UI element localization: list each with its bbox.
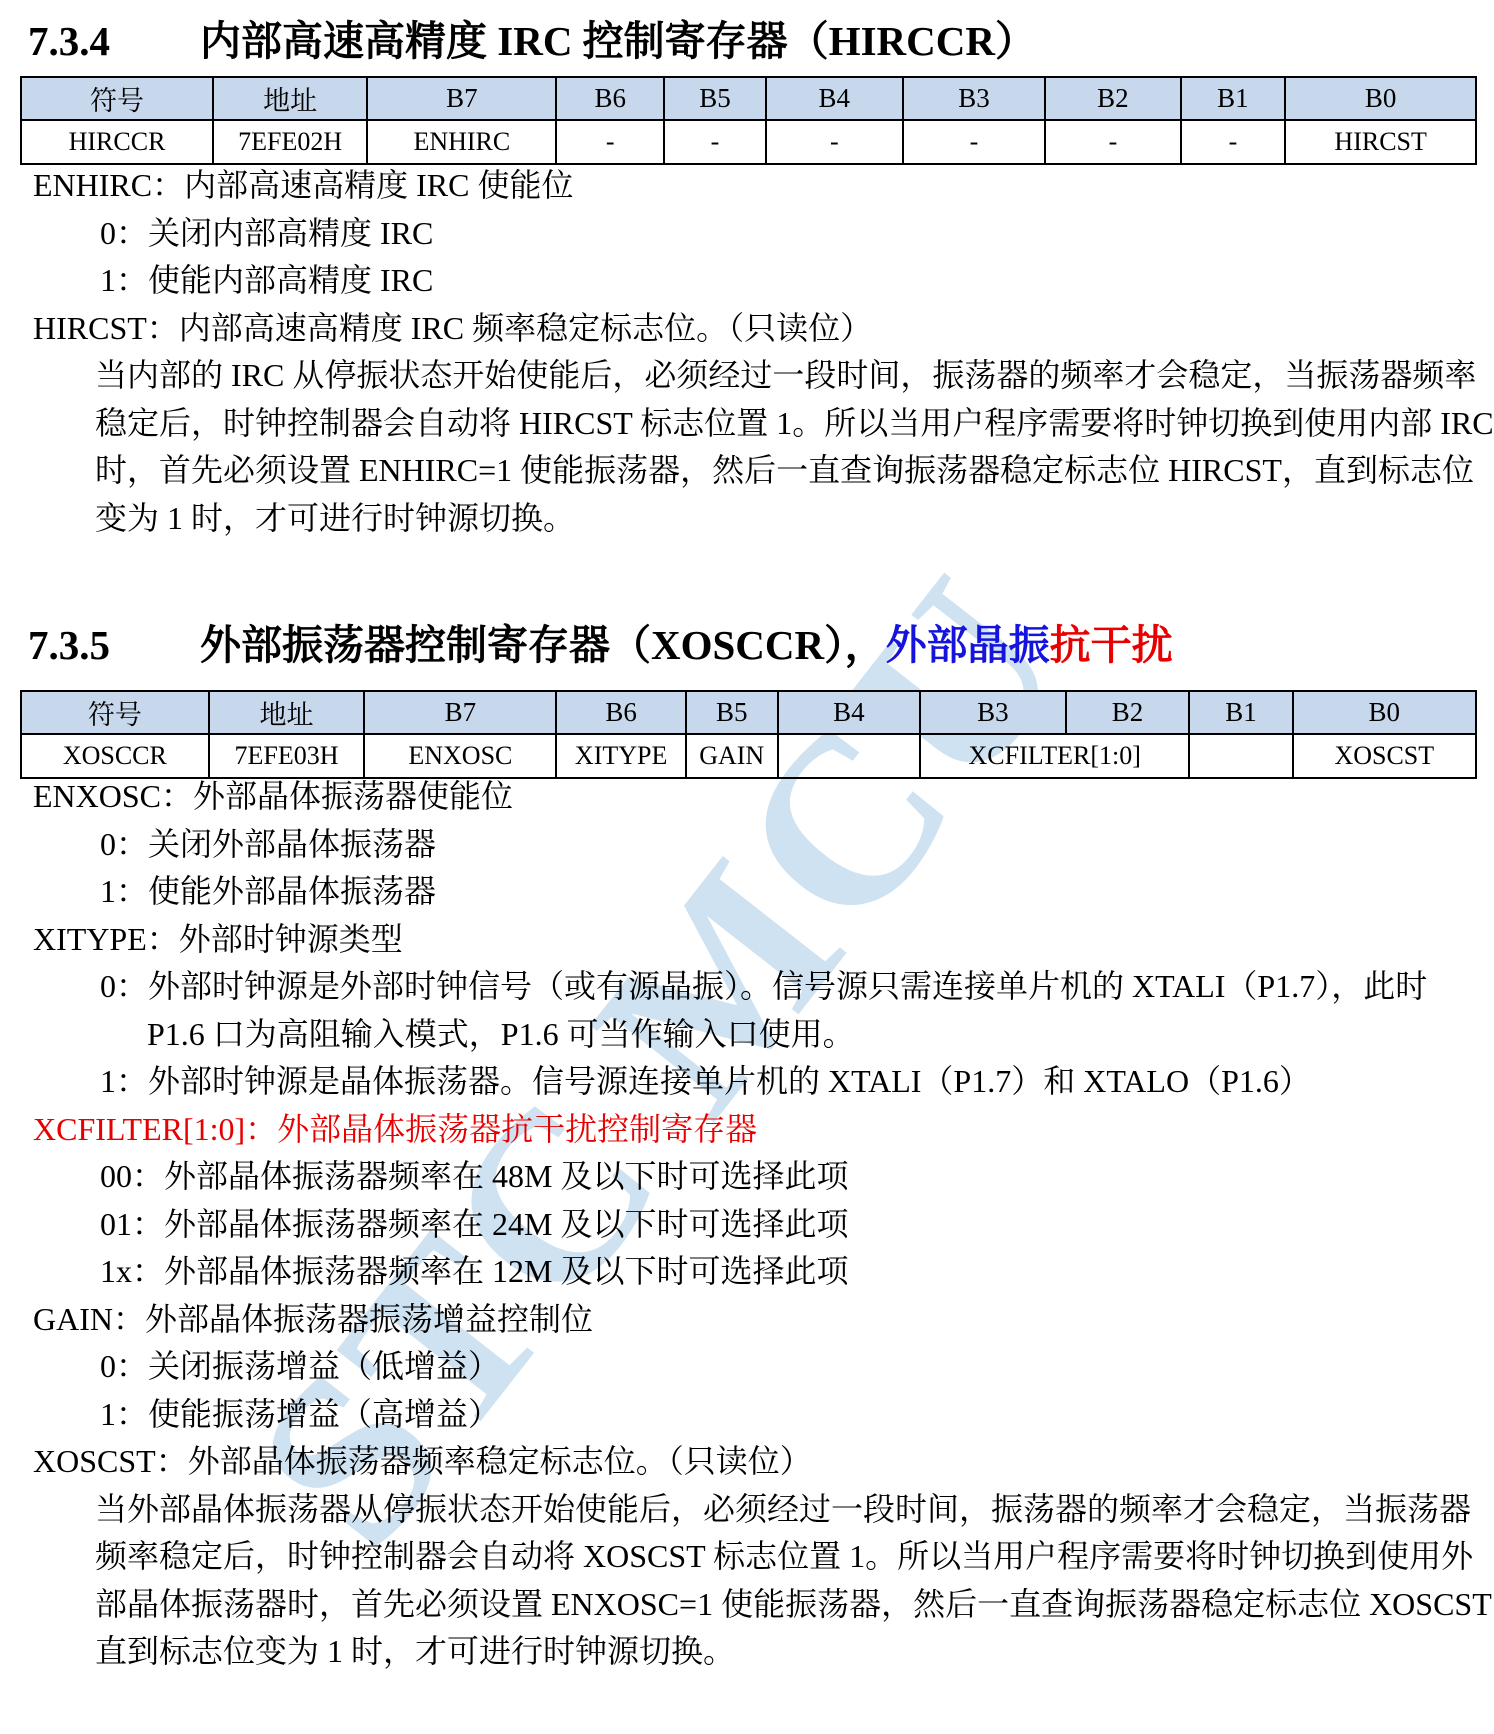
section-7-3-4-heading: 7.3.4内部高速高精度 IRC 控制寄存器（HIRCCR）: [28, 8, 1036, 67]
column-header-b0: B0: [1293, 691, 1476, 734]
cell-b6: XITYPE: [556, 734, 685, 778]
xosccr-register-table: 符号 地址 B7 B6 B5 B4 B3 B2 B1 B0 XOSCCR 7EF…: [20, 690, 1477, 779]
bit-description-line: ENXOSC：外部晶体振荡器使能位: [0, 773, 1494, 821]
cell-b2: -: [1045, 120, 1180, 164]
column-header-symbol: 符号: [21, 77, 213, 120]
section-7-3-4-number: 7.3.4: [28, 17, 200, 65]
bit-value-line: 0：关闭外部晶体振荡器: [0, 821, 1494, 869]
section-7-3-5-number: 7.3.5: [28, 621, 200, 669]
column-header-b2: B2: [1066, 691, 1190, 734]
section-7-3-5-title-red: 抗干扰: [1050, 622, 1173, 668]
paragraph-line: 稳定后，时钟控制器会自动将 HIRCST 标志位置 1。所以当用户程序需要将时钟…: [0, 400, 1494, 448]
bit-value-line: 00：外部晶体振荡器频率在 48M 及以下时可选择此项: [0, 1153, 1494, 1201]
bit-value-line: 0：外部时钟源是外部时钟信号（或有源晶振）。信号源只需连接单片机的 XTALI（…: [0, 963, 1494, 1011]
cell-b4: [778, 734, 921, 778]
bit-value-line: 01：外部晶体振荡器频率在 24M 及以下时可选择此项: [0, 1201, 1494, 1249]
column-header-b1: B1: [1189, 691, 1292, 734]
cell-b0: HIRCST: [1285, 120, 1476, 164]
column-header-b5: B5: [664, 77, 766, 120]
hirccr-register-table: 符号 地址 B7 B6 B5 B4 B3 B2 B1 B0 HIRCCR 7EF…: [20, 76, 1477, 165]
cell-symbol: XOSCCR: [21, 734, 209, 778]
section-7-3-5-heading: 7.3.5外部振荡器控制寄存器（XOSCCR），外部晶振抗干扰: [28, 612, 1173, 671]
paragraph-line: 当外部晶体振荡器从停振状态开始使能后，必须经过一段时间，振荡器的频率才会稳定，当…: [0, 1486, 1494, 1534]
continuation-line: P1.6 口为高阻输入模式，P1.6 可当作输入口使用。: [0, 1011, 1494, 1059]
column-header-b7: B7: [364, 691, 556, 734]
cell-b7: ENXOSC: [364, 734, 556, 778]
bit-description-line: GAIN：外部晶体振荡器振荡增益控制位: [0, 1296, 1494, 1344]
cell-address: 7EFE02H: [213, 120, 367, 164]
table-row: XOSCCR 7EFE03H ENXOSC XITYPE GAIN XCFILT…: [21, 734, 1476, 778]
column-header-b7: B7: [367, 77, 556, 120]
bit-description-line: XITYPE：外部时钟源类型: [0, 916, 1494, 964]
table-header-row: 符号 地址 B7 B6 B5 B4 B3 B2 B1 B0: [21, 77, 1476, 120]
column-header-b6: B6: [556, 691, 685, 734]
column-header-b6: B6: [556, 77, 664, 120]
datasheet-page: { "page": { "watermark": "STC MCU", "col…: [0, 0, 1494, 1734]
paragraph-line: 变为 1 时，才可进行时钟源切换。: [0, 495, 1494, 543]
cell-b4: -: [766, 120, 903, 164]
column-header-b3: B3: [903, 77, 1046, 120]
bit-description-line: XOSCST：外部晶体振荡器频率稳定标志位。（只读位）: [0, 1438, 1494, 1486]
column-header-b1: B1: [1181, 77, 1286, 120]
column-header-b4: B4: [766, 77, 903, 120]
table-row: HIRCCR 7EFE02H ENHIRC - - - - - - HIRCST: [21, 120, 1476, 164]
cell-symbol: HIRCCR: [21, 120, 213, 164]
paragraph-line: 直到标志位变为 1 时，才可进行时钟源切换。: [0, 1628, 1494, 1676]
column-header-b5: B5: [686, 691, 778, 734]
section-7-3-5-title: 外部振荡器控制寄存器（XOSCCR），: [200, 622, 886, 668]
cell-b6: -: [556, 120, 664, 164]
xcfilter-description-line: XCFILTER[1:0]：外部晶体振荡器抗干扰控制寄存器: [0, 1106, 1494, 1154]
bit-description-line: ENHIRC：内部高速高精度 IRC 使能位: [0, 162, 1494, 210]
paragraph-line: 时，首先必须设置 ENHIRC=1 使能振荡器，然后一直查询振荡器稳定标志位 H…: [0, 447, 1494, 495]
cell-b1: [1189, 734, 1292, 778]
section-7-3-4-body: ENHIRC：内部高速高精度 IRC 使能位 0：关闭内部高精度 IRC 1：使…: [0, 162, 1494, 542]
section-7-3-5-title-blue: 外部晶振: [886, 622, 1050, 668]
paragraph-line: 当内部的 IRC 从停振状态开始使能后，必须经过一段时间，振荡器的频率才会稳定，…: [0, 352, 1494, 400]
section-7-3-5-body: ENXOSC：外部晶体振荡器使能位 0：关闭外部晶体振荡器 1：使能外部晶体振荡…: [0, 773, 1494, 1676]
bit-value-line: 1：外部时钟源是晶体振荡器。信号源连接单片机的 XTALI（P1.7）和 XTA…: [0, 1058, 1494, 1106]
cell-b3-b2-merged: XCFILTER[1:0]: [920, 734, 1189, 778]
column-header-b3: B3: [920, 691, 1066, 734]
cell-address: 7EFE03H: [209, 734, 365, 778]
bit-value-line: 1：使能内部高精度 IRC: [0, 257, 1494, 305]
column-header-symbol: 符号: [21, 691, 209, 734]
bit-value-line: 1：使能外部晶体振荡器: [0, 868, 1494, 916]
cell-b7: ENHIRC: [367, 120, 556, 164]
column-header-address: 地址: [213, 77, 367, 120]
table-header-row: 符号 地址 B7 B6 B5 B4 B3 B2 B1 B0: [21, 691, 1476, 734]
column-header-b4: B4: [778, 691, 921, 734]
cell-b3: -: [903, 120, 1046, 164]
column-header-b0: B0: [1285, 77, 1476, 120]
page-content: 7.3.4内部高速高精度 IRC 控制寄存器（HIRCCR） 符号 地址 B7 …: [0, 0, 1494, 1734]
bit-value-line: 1x：外部晶体振荡器频率在 12M 及以下时可选择此项: [0, 1248, 1494, 1296]
bit-value-line: 1：使能振荡增益（高增益）: [0, 1391, 1494, 1439]
bit-value-line: 0：关闭振荡增益（低增益）: [0, 1343, 1494, 1391]
bit-description-line: HIRCST：内部高速高精度 IRC 频率稳定标志位。（只读位）: [0, 305, 1494, 353]
cell-b0: XOSCST: [1293, 734, 1476, 778]
cell-b5: -: [664, 120, 766, 164]
column-header-b2: B2: [1045, 77, 1180, 120]
bit-value-line: 0：关闭内部高精度 IRC: [0, 210, 1494, 258]
paragraph-line: 部晶体振荡器时，首先必须设置 ENXOSC=1 使能振荡器，然后一直查询振荡器稳…: [0, 1581, 1494, 1629]
paragraph-line: 频率稳定后，时钟控制器会自动将 XOSCST 标志位置 1。所以当用户程序需要将…: [0, 1533, 1494, 1581]
section-7-3-4-title: 内部高速高精度 IRC 控制寄存器（HIRCCR）: [200, 18, 1036, 64]
column-header-address: 地址: [209, 691, 365, 734]
cell-b1: -: [1181, 120, 1286, 164]
cell-b5: GAIN: [686, 734, 778, 778]
